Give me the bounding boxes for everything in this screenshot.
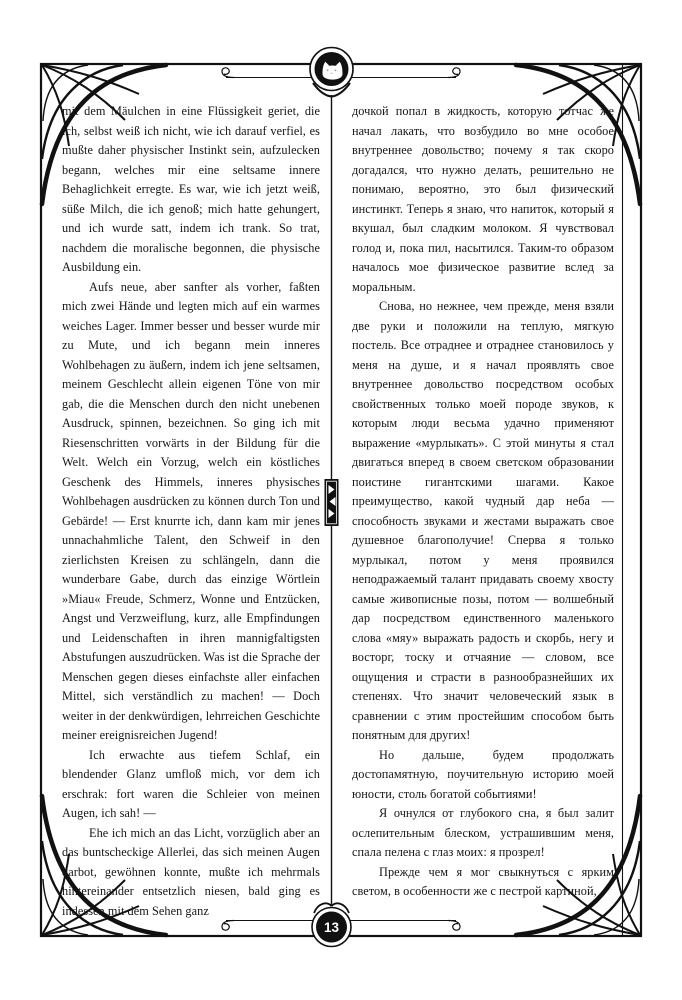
paragraph: Прежде чем я мог свыкнуться с ярким свет… <box>352 863 614 902</box>
paragraph: Но дальше, будем продолжать достопамятну… <box>352 746 614 805</box>
paragraph: Снова, но нежнее, чем прежде, меня взяли… <box>352 297 614 746</box>
paragraph: Ich erwachte aus tiefem Schlaf, ein blen… <box>62 746 320 824</box>
paragraph: дочкой попал в жидкость, которую тотчас … <box>352 102 614 297</box>
book-spread: { "page": { "number": "13" }, "emblem": … <box>0 0 682 1000</box>
curl-ornament <box>448 921 460 931</box>
paragraph: Я очнулся от глубокого сна, я был залит … <box>352 804 614 863</box>
paragraph: Ehe ich mich an das Licht, vorzüglich ab… <box>62 824 320 922</box>
paragraph: mit dem Mäulchen in eine Flüssigkeit ger… <box>62 102 320 278</box>
curl-ornament <box>448 68 460 78</box>
page-number: 13 <box>324 920 340 935</box>
cat-medallion <box>310 48 353 97</box>
curl-ornament <box>222 921 234 931</box>
left-page-text: mit dem Mäulchen in eine Flüssigkeit ger… <box>62 102 320 921</box>
spine-ornament <box>325 479 339 526</box>
curl-ornament <box>222 68 234 78</box>
right-page-text: дочкой попал в жидкость, которую тотчас … <box>352 102 614 902</box>
paragraph: Aufs neue, aber sanfter als vorher, faßt… <box>62 278 320 746</box>
